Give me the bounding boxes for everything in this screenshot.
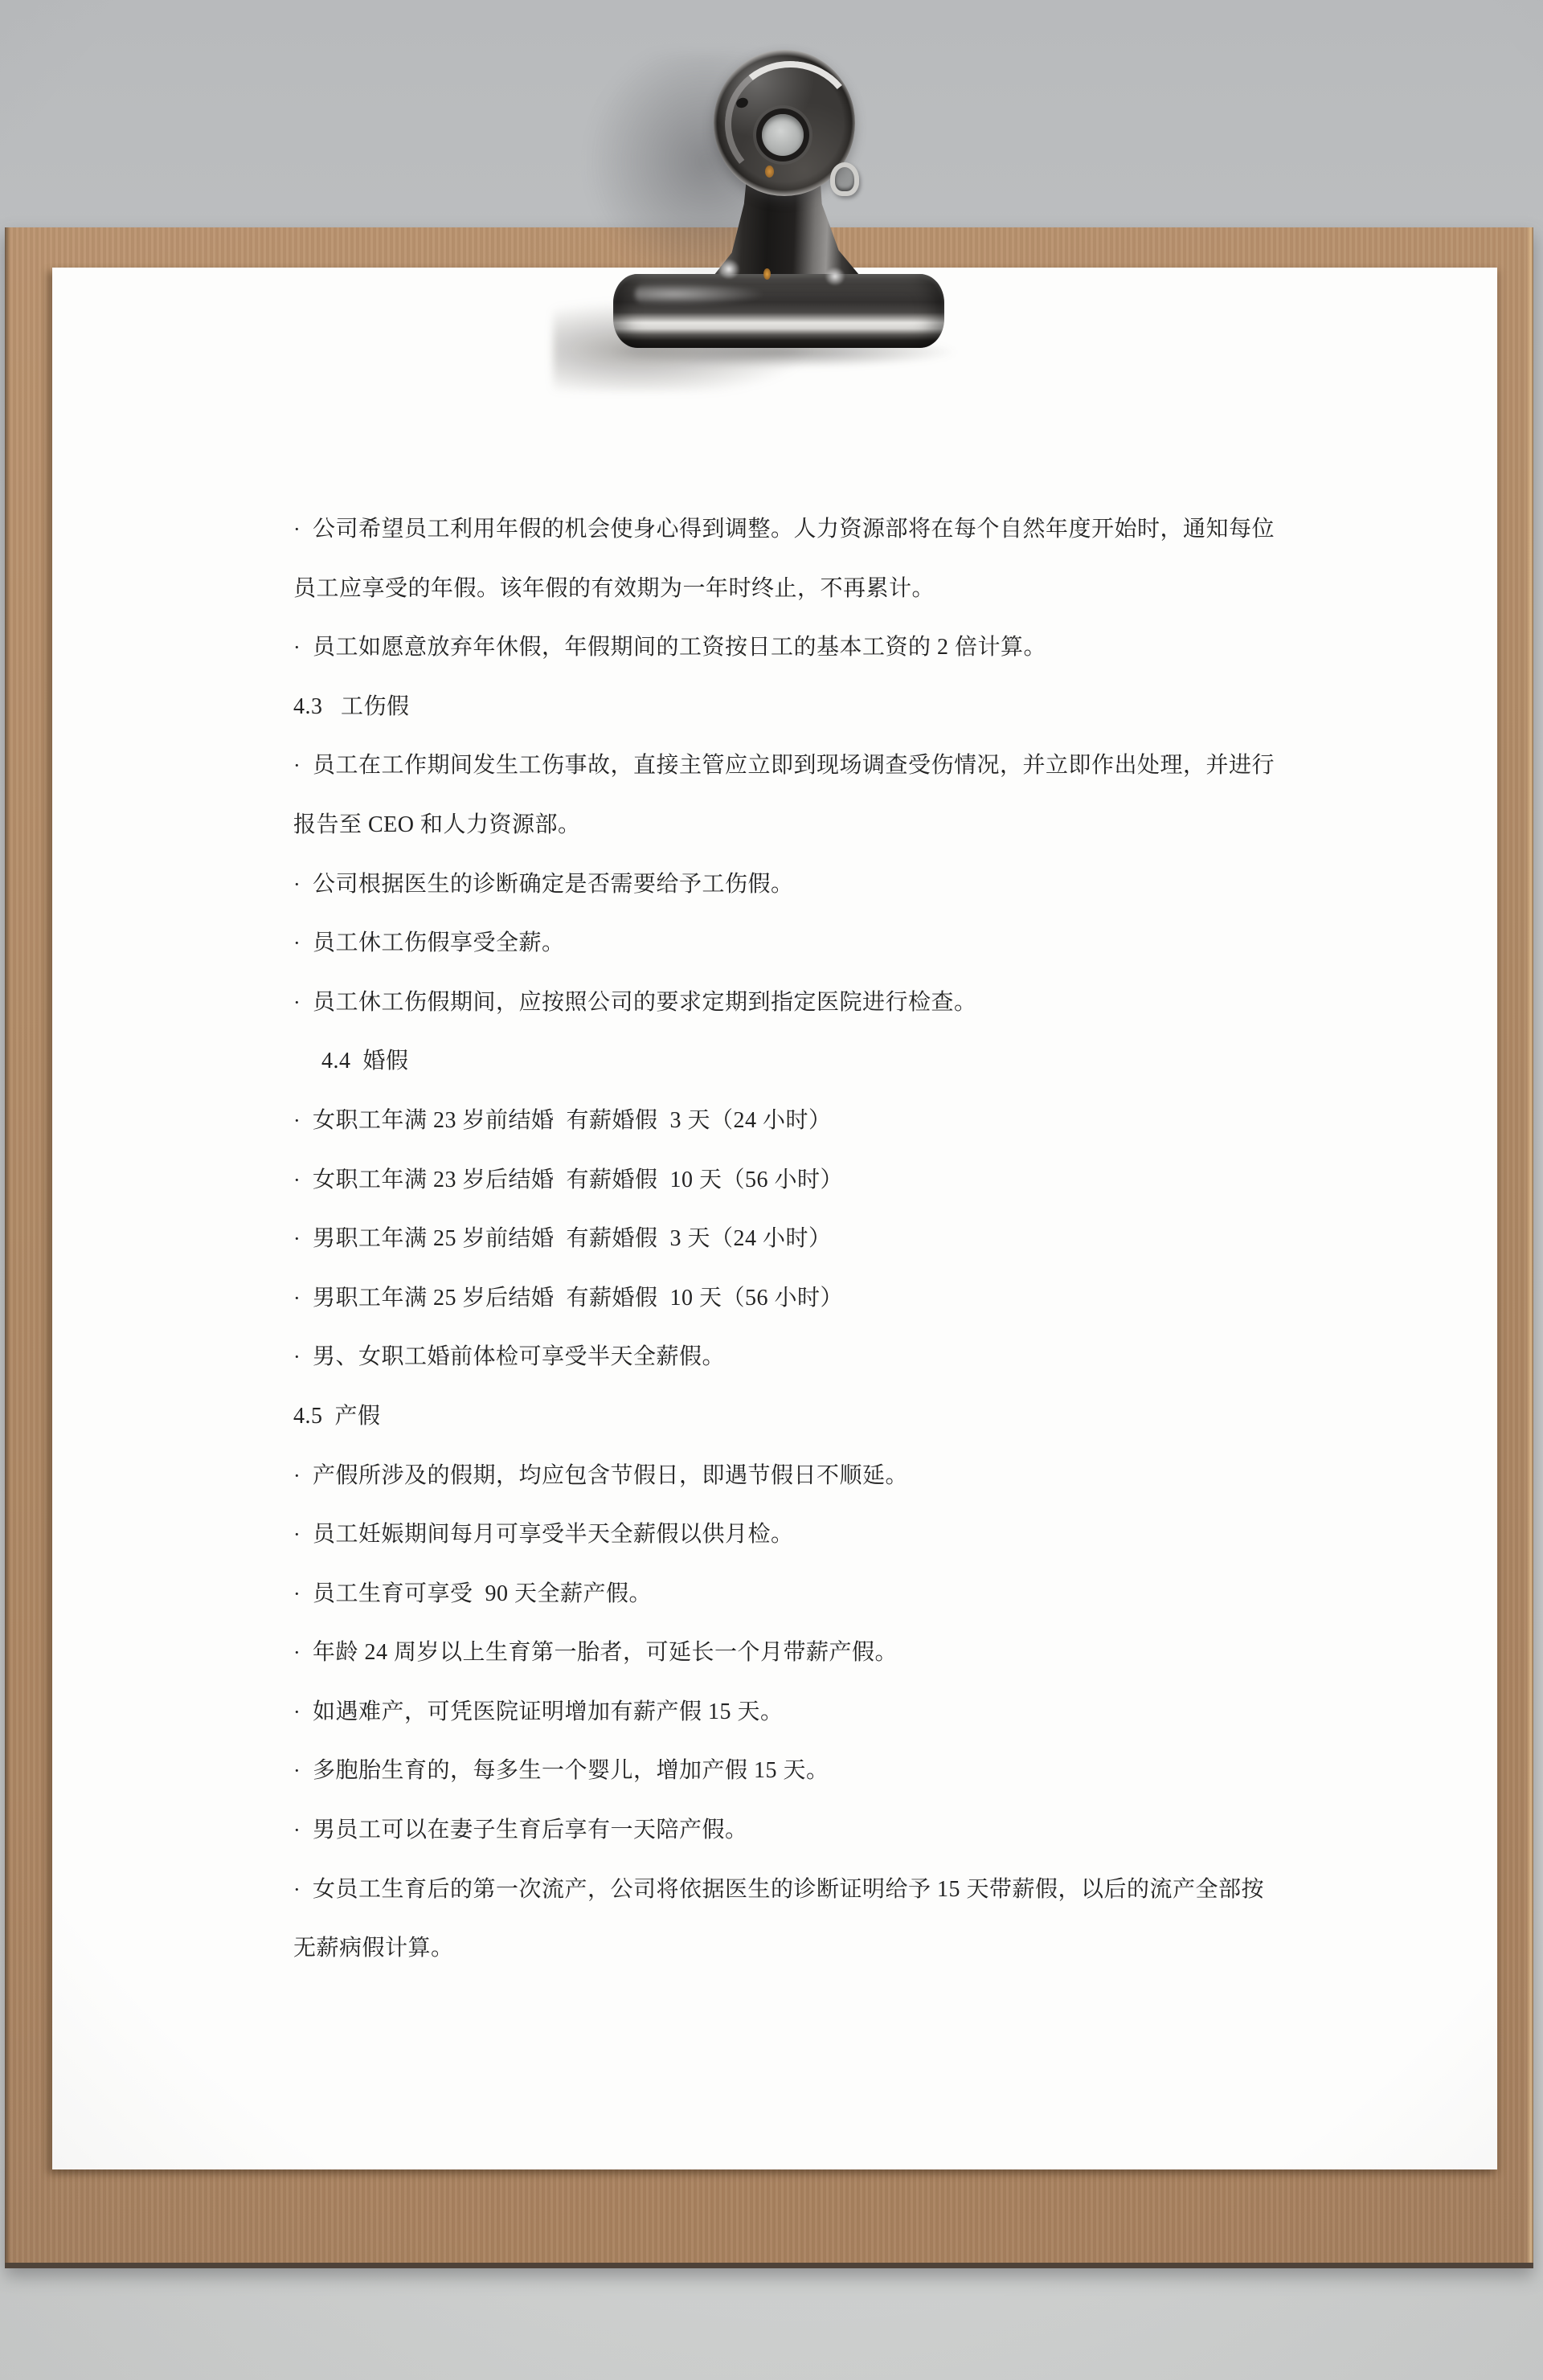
bullet-marker: · xyxy=(293,1091,313,1151)
clip-amber-glint xyxy=(765,166,774,178)
line-text: 男职工年满 25 岁后结婚 有薪婚假 10 天（56 小时） xyxy=(313,1286,843,1311)
bullet-marker: · xyxy=(293,1269,313,1328)
line-text: 报告至 CEO 和人力资源部。 xyxy=(293,812,581,837)
document-line: ·年龄 24 周岁以上生育第一胎者，可延长一个月带薪产假。 xyxy=(293,1623,1449,1683)
line-text: 男、女职工婚前体检可享受半天全薪假。 xyxy=(313,1344,725,1369)
line-text: 女员工生育后的第一次流产，公司将依据医生的诊断证明给予 15 天带薪假，以后的流… xyxy=(313,1877,1264,1902)
line-text: 无薪病假计算。 xyxy=(293,1936,454,1961)
line-text: 员工应享受的年假。该年假的有效期为一年时终止，不再累计。 xyxy=(293,576,935,601)
line-text: 产假所涉及的假期，均应包含节假日，即遇节假日不顺延。 xyxy=(313,1463,908,1488)
document-line: ·产假所涉及的假期，均应包含节假日，即遇节假日不顺延。 xyxy=(293,1446,1449,1506)
line-text: 女职工年满 23 岁后结婚 有薪婚假 10 天（56 小时） xyxy=(313,1168,843,1192)
line-text: 员工休工伤假期间，应按照公司的要求定期到指定医院进行检查。 xyxy=(313,990,977,1015)
document-line: ·多胞胎生育的，每多生一个婴儿，增加产假 15 天。 xyxy=(293,1741,1449,1801)
line-text: 员工妊娠期间每月可享受半天全薪假以供月检。 xyxy=(313,1522,794,1547)
document-line: ·公司根据医生的诊断确定是否需要给予工伤假。 xyxy=(293,855,1449,914)
document-line: ·女员工生育后的第一次流产，公司将依据医生的诊断证明给予 15 天带薪假，以后的… xyxy=(293,1860,1449,1920)
bullet-marker: · xyxy=(293,1564,313,1624)
clip-weld-highlight-left xyxy=(718,259,740,280)
line-text: 公司希望员工利用年假的机会使身心得到调整。人力资源部将在每个自然年度开始时，通知… xyxy=(313,517,1275,542)
document-line: ·员工妊娠期间每月可享受半天全薪假以供月检。 xyxy=(293,1505,1449,1564)
line-text: 员工生育可享受 90 天全薪产假。 xyxy=(313,1581,652,1606)
document-line: 员工应享受的年假。该年假的有效期为一年时终止，不再累计。 xyxy=(293,559,1449,619)
bullet-marker: · xyxy=(293,973,313,1033)
document-line: 4.5 产假 xyxy=(293,1387,1449,1446)
bullet-marker: · xyxy=(293,1623,313,1683)
bullet-marker: · xyxy=(293,736,313,795)
clip-stem-glint xyxy=(763,268,771,280)
document-line: ·男职工年满 25 岁前结婚 有薪婚假 3 天（24 小时） xyxy=(293,1209,1449,1269)
bullet-marker: · xyxy=(293,1741,313,1801)
line-text: 如遇难产，可凭医院证明增加有薪产假 15 天。 xyxy=(313,1699,784,1724)
document-line: 报告至 CEO 和人力资源部。 xyxy=(293,795,1449,855)
bullet-marker: · xyxy=(293,1683,313,1742)
line-text: 公司根据医生的诊断确定是否需要给予工伤假。 xyxy=(313,872,794,897)
line-text: 男职工年满 25 岁前结婚 有薪婚假 3 天（24 小时） xyxy=(313,1226,832,1251)
document-line: ·男员工可以在妻子生育后享有一天陪产假。 xyxy=(293,1801,1449,1860)
clipboard-photo: ·公司希望员工利用年假的机会使身心得到调整。人力资源部将在每个自然年度开始时，通… xyxy=(0,0,1543,2380)
document-line: ·女职工年满 23 岁前结婚 有薪婚假 3 天（24 小时） xyxy=(293,1091,1449,1151)
document-line: ·如遇难产，可凭医院证明增加有薪产假 15 天。 xyxy=(293,1683,1449,1742)
bullet-marker: · xyxy=(293,618,313,677)
document-line: ·女职工年满 23 岁后结婚 有薪婚假 10 天（56 小时） xyxy=(293,1151,1449,1210)
document-line: ·员工休工伤假期间，应按照公司的要求定期到指定医院进行检查。 xyxy=(293,973,1449,1033)
line-text: 员工如愿意放弃年休假，年假期间的工资按日工的基本工资的 2 倍计算。 xyxy=(313,635,1046,660)
line-text: 4.5 产假 xyxy=(293,1404,381,1429)
line-text: 4.4 婚假 xyxy=(321,1049,409,1073)
bullet-marker: · xyxy=(293,914,313,973)
document-line: ·员工如愿意放弃年休假，年假期间的工资按日工的基本工资的 2 倍计算。 xyxy=(293,618,1449,677)
line-text: 男员工可以在妻子生育后享有一天陪产假。 xyxy=(313,1818,748,1842)
document-line: ·男职工年满 25 岁后结婚 有薪婚假 10 天（56 小时） xyxy=(293,1269,1449,1328)
document-line: 4.3 工伤假 xyxy=(293,677,1449,737)
line-text: 员工在工作期间发生工伤事故，直接主管应立即到现场调查受伤情况，并立即作出处理，并… xyxy=(313,753,1275,778)
document-line: ·公司希望员工利用年假的机会使身心得到调整。人力资源部将在每个自然年度开始时，通… xyxy=(293,500,1449,559)
document-paper: ·公司希望员工利用年假的机会使身心得到调整。人力资源部将在每个自然年度开始时，通… xyxy=(52,268,1497,2169)
bullet-marker: · xyxy=(293,1209,313,1269)
clip-weld-highlight-right xyxy=(825,267,845,286)
bullet-marker: · xyxy=(293,855,313,914)
document-line: ·员工休工伤假享受全薪。 xyxy=(293,914,1449,973)
bullet-marker: · xyxy=(293,1327,313,1387)
line-text: 女职工年满 23 岁前结婚 有薪婚假 3 天（24 小时） xyxy=(313,1108,832,1133)
document-line: ·男、女职工婚前体检可享受半天全薪假。 xyxy=(293,1327,1449,1387)
clip-wire-hook xyxy=(830,162,859,196)
line-text: 4.3 工伤假 xyxy=(293,694,410,719)
clip-center-hole xyxy=(762,114,804,156)
document-line: ·员工在工作期间发生工伤事故，直接主管应立即到现场调查受伤情况，并立即作出处理，… xyxy=(293,736,1449,795)
bullet-marker: · xyxy=(293,1446,313,1506)
document-line: 4.4 婚假 xyxy=(321,1032,1449,1091)
line-text: 年龄 24 周岁以上生育第一胎者，可延长一个月带薪产假。 xyxy=(313,1640,898,1665)
bullet-marker: · xyxy=(293,500,313,559)
bullet-marker: · xyxy=(293,1151,313,1210)
bullet-marker: · xyxy=(293,1801,313,1860)
document-line: ·员工生育可享受 90 天全薪产假。 xyxy=(293,1564,1449,1624)
document-text: ·公司希望员工利用年假的机会使身心得到调整。人力资源部将在每个自然年度开始时，通… xyxy=(52,268,1497,2169)
document-line: 无薪病假计算。 xyxy=(293,1919,1449,1978)
bullet-marker: · xyxy=(293,1505,313,1564)
clip-bar-highlight xyxy=(635,283,763,305)
bullet-marker: · xyxy=(293,1860,313,1920)
line-text: 员工休工伤假享受全薪。 xyxy=(313,930,565,955)
line-text: 多胞胎生育的，每多生一个婴儿，增加产假 15 天。 xyxy=(313,1758,829,1783)
